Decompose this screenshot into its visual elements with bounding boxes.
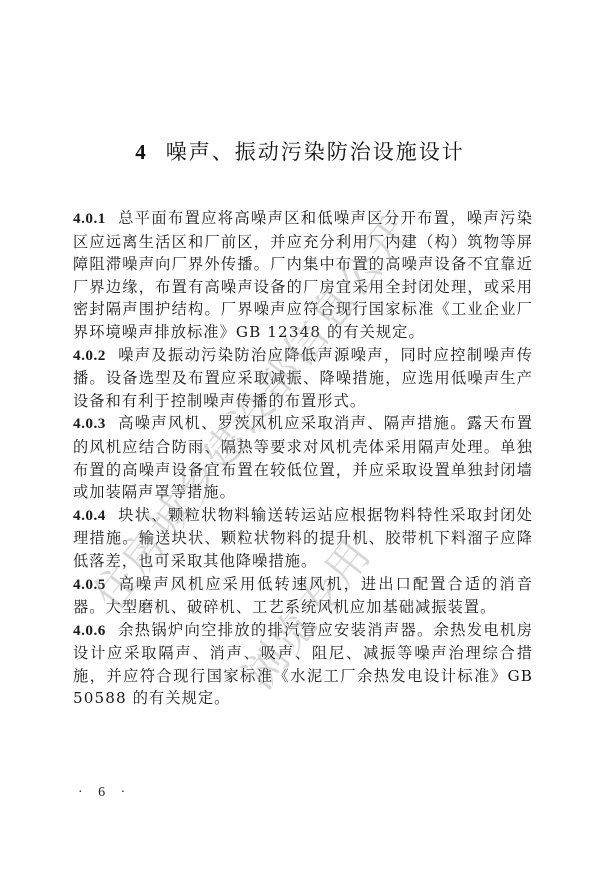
clause-text: 余热锅炉向空排放的排汽管应安装消声器。余热发电机房设计应采取隔声、消声、吸声、阻… <box>73 621 533 708</box>
clause-text: 块状、颗粒状物料输送转运站应根据物料特性采取封闭处理措施。输送块状、颗粒状物料的… <box>73 506 533 570</box>
clause-4-0-4: 4.0.4块状、颗粒状物料输送转运站应根据物料特性采取封闭处理措施。输送块状、颗… <box>73 504 533 573</box>
clause-text: 高噪声风机应采用低转速风机，进出口配置合适的消音器。大型磨机、破碎机、工艺系统风… <box>73 575 533 617</box>
clause-4-0-5: 4.0.5高噪声风机应采用低转速风机，进出口配置合适的消音器。大型磨机、破碎机、… <box>73 573 533 619</box>
chapter-number: 4 <box>135 140 148 164</box>
clause-4-0-2: 4.0.2噪声及振动污染防治应降低声源噪声，同时应控制噪声传播。设备选型及布置应… <box>73 344 533 413</box>
clause-text: 总平面布置应将高噪声区和低噪声区分开布置，噪声污染区应远离生活区和厂前区，并应充… <box>73 209 533 341</box>
clause-number: 4.0.4 <box>73 507 106 524</box>
clause-number: 4.0.5 <box>73 576 106 593</box>
clause-number: 4.0.1 <box>73 210 106 227</box>
document-page: 4噪声、振动污染防治设施设计 4.0.1总平面布置应将高噪声区和低噪声区分开布置… <box>0 0 600 870</box>
clause-number: 4.0.2 <box>73 347 106 364</box>
clause-text: 高噪声风机、罗茨风机应采取消声、隔声措施。露天布置的风机应结合防雨、隔热等要求对… <box>73 414 533 501</box>
page-number: · 6 · <box>78 785 131 801</box>
clause-4-0-1: 4.0.1总平面布置应将高噪声区和低噪声区分开布置，噪声污染区应远离生活区和厂前… <box>73 207 533 344</box>
clause-list: 4.0.1总平面布置应将高噪声区和低噪声区分开布置，噪声污染区应远离生活区和厂前… <box>73 207 533 710</box>
clause-text: 噪声及振动污染防治应降低声源噪声，同时应控制噪声传播。设备选型及布置应采取减振、… <box>73 346 533 410</box>
clause-4-0-6: 4.0.6余热锅炉向空排放的排汽管应安装消声器。余热发电机房设计应采取隔声、消声… <box>73 619 533 710</box>
chapter-title-text: 噪声、振动污染防治设施设计 <box>166 140 465 164</box>
chapter-title: 4噪声、振动污染防治设施设计 <box>0 136 600 166</box>
clause-number: 4.0.6 <box>73 622 106 639</box>
clause-4-0-3: 4.0.3高噪声风机、罗茨风机应采取消声、隔声措施。露天布置的风机应结合防雨、隔… <box>73 412 533 503</box>
clause-number: 4.0.3 <box>73 415 106 432</box>
